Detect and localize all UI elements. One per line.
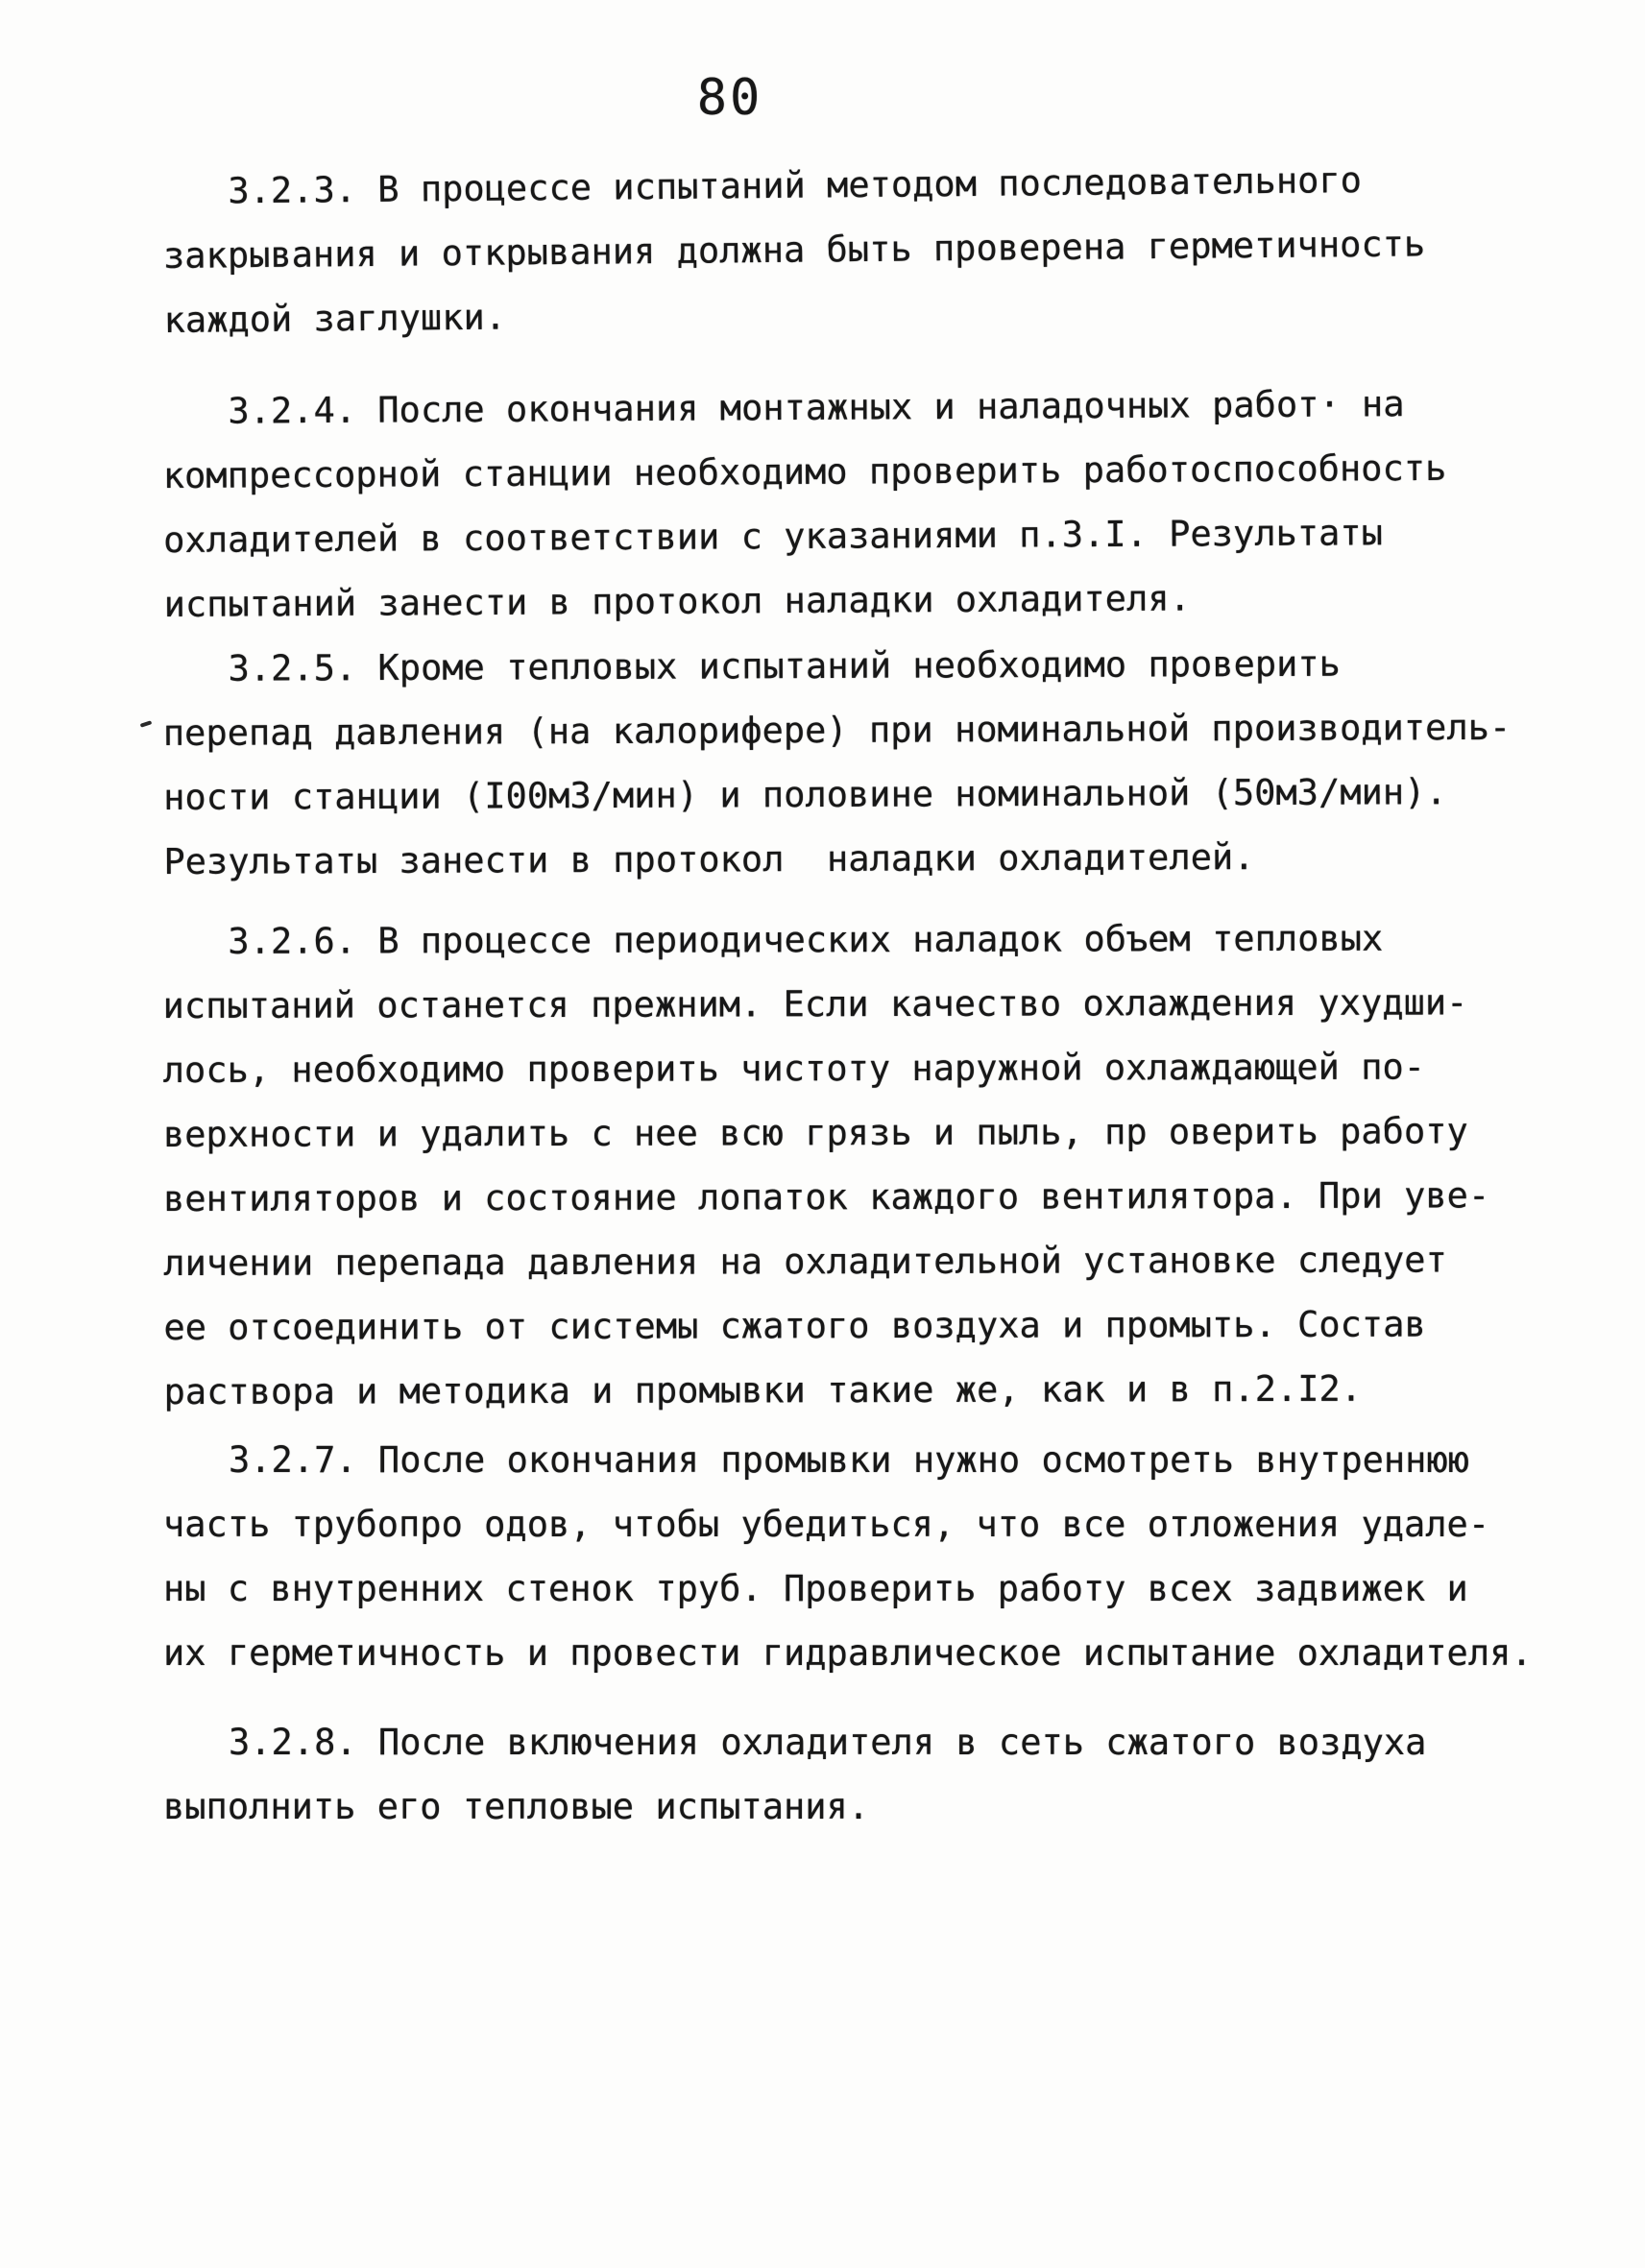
text-line: Результаты занести в протокол наладки ох…	[163, 824, 1585, 894]
text-line: перепад давления (на калорифере) при ном…	[163, 695, 1585, 765]
document-body: 3.2.3. В процессе испытаний методом посл…	[163, 159, 1585, 1839]
text-line: закрывания и открывания должна быть пров…	[163, 210, 1585, 288]
paragraph-3-2-6: 3.2.6. В процессе периодических наладок …	[162, 905, 1585, 1424]
text-line: ны с внутренних стенок труб. Проверить р…	[163, 1556, 1585, 1621]
text-line: раствора и методика и промывки такие же,…	[164, 1356, 1585, 1424]
text-line: личении перепада давления на охладительн…	[163, 1227, 1585, 1295]
text-line: испытаний останется прежним. Если качест…	[162, 970, 1584, 1038]
text-line: 3.2.4. После окончания монтажных и налад…	[162, 371, 1584, 444]
text-line: часть трубопро одов, чтобы убедиться, чт…	[163, 1492, 1585, 1556]
paragraph-3-2-5: 3.2.5. Кроме тепловых испытаний необходи…	[162, 631, 1585, 894]
text-line: верхности и удалить с нее всю грязь и пы…	[163, 1098, 1585, 1167]
text-line: испытаний занести в протокол наладки охл…	[163, 564, 1585, 637]
text-line: 3.2.8. После включения охладителя в сеть…	[163, 1710, 1585, 1774]
text-line: компрессорной станции необходимо провери…	[163, 435, 1585, 508]
text-line: охладителей в соответствии с указаниями …	[163, 499, 1585, 572]
paragraph-3-2-7: 3.2.7. После окончания промывки нужно ос…	[163, 1428, 1585, 1685]
text-line: ее отсоединить от системы сжатого воздух…	[163, 1291, 1585, 1360]
text-line: вентиляторов и состояние лопаток каждого…	[163, 1163, 1585, 1231]
text-line: каждой заглушки.	[163, 275, 1585, 352]
text-line: 3.2.5. Кроме тепловых испытаний необходи…	[162, 631, 1584, 701]
document-page: 80 3.2.3. В процессе испытаний методом п…	[0, 0, 1645, 2268]
text-line: их герметичность и провести гидравлическ…	[163, 1621, 1585, 1685]
text-line: лось, необходимо проверить чистоту наруж…	[163, 1034, 1585, 1102]
text-line: ности станции (I00м3/мин) и половине ном…	[163, 760, 1585, 830]
text-line: 3.2.7. После окончания промывки нужно ос…	[163, 1428, 1585, 1492]
paragraph-3-2-4: 3.2.4. После окончания монтажных и налад…	[162, 371, 1585, 637]
paragraph-3-2-8: 3.2.8. После включения охладителя в сеть…	[163, 1710, 1585, 1839]
text-line: 3.2.6. В процессе периодических наладок …	[162, 905, 1584, 974]
paragraph-3-2-3: 3.2.3. В процессе испытаний методом посл…	[162, 146, 1585, 352]
page-number: 80	[672, 69, 787, 127]
scan-artifact	[140, 720, 153, 728]
text-line: выполнить его тепловые испытания.	[163, 1774, 1585, 1839]
